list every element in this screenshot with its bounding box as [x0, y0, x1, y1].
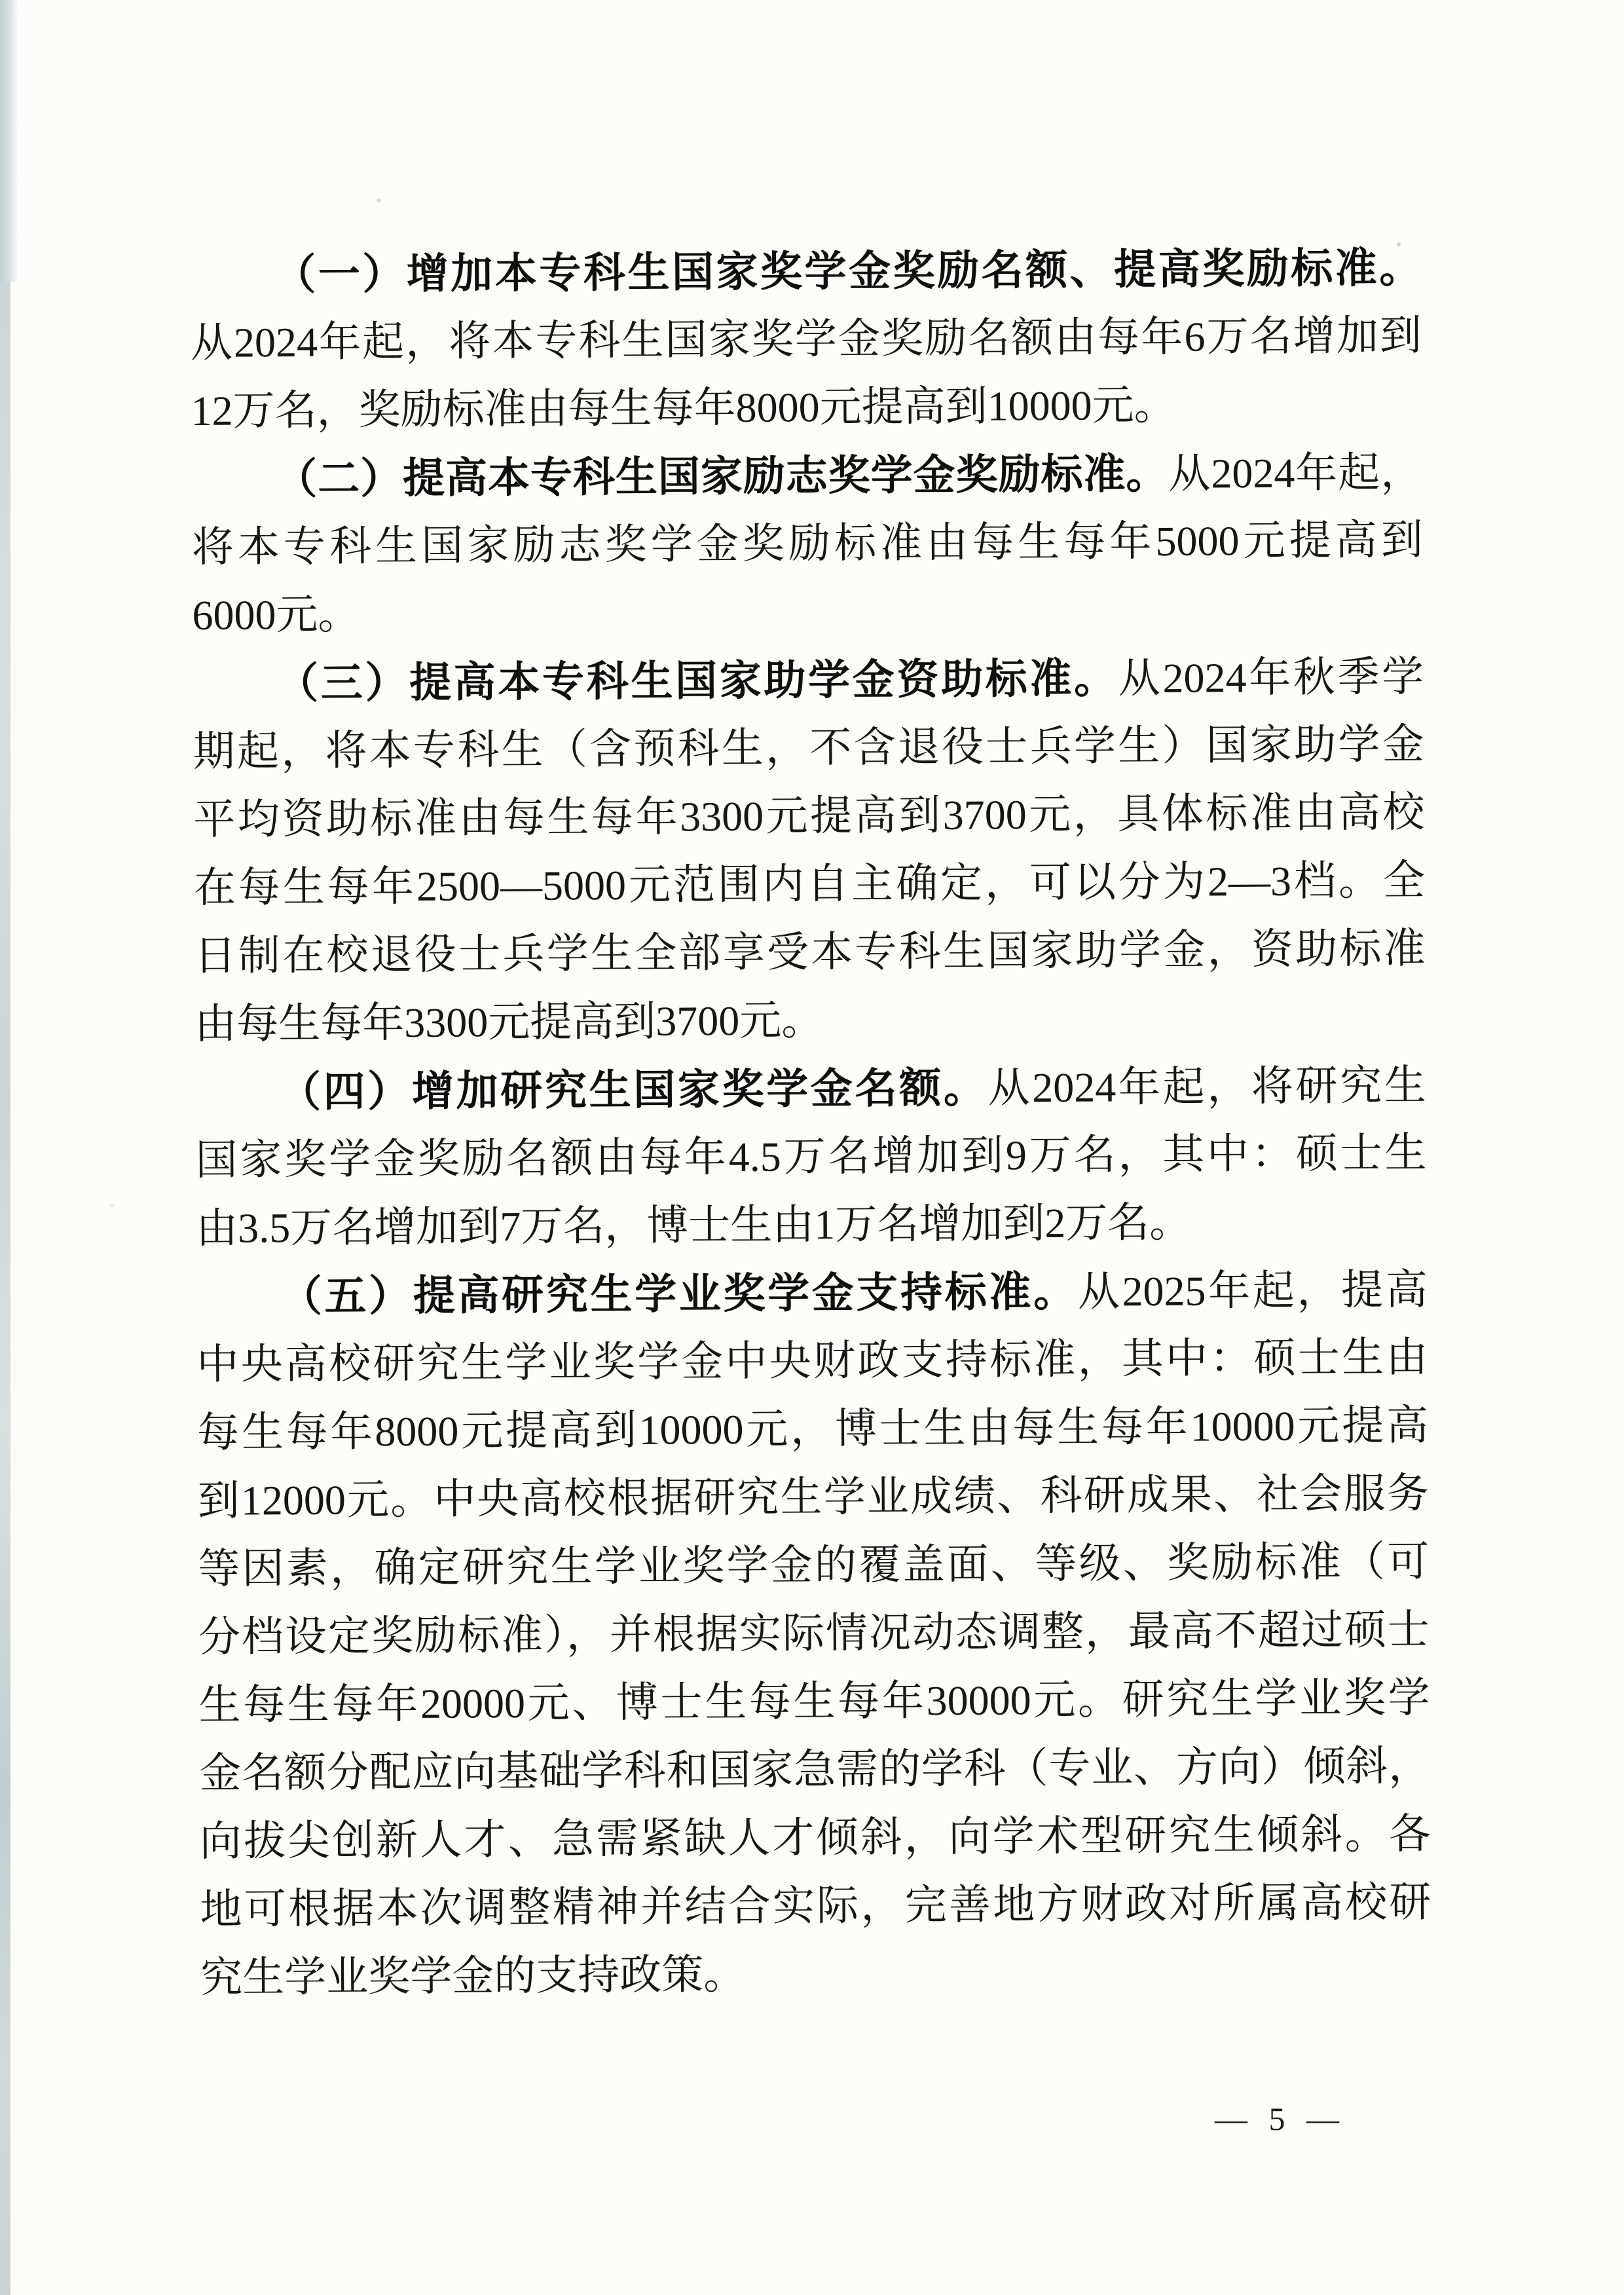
heading-run: （五）提高研究生学业奖学金支持标准。 [280, 1268, 1078, 1320]
body-run: 由每生每年3300元提高到3700元。 [194, 997, 823, 1047]
body-run: 日制在校退役士兵学生全部享受本专科生国家助学金，资助标准 [194, 925, 1425, 979]
paragraph-5: （五）提高研究生学业奖学金支持标准。从2025年起，提高中央高校研究生学业奖学金… [196, 1255, 1432, 2011]
text-line: 究生学业奖学金的支持政策。 [200, 1936, 1432, 2011]
text-line: 在每生每年2500—5000元范围内自主确定，可以分为2—3档。全 [194, 846, 1426, 922]
text-line: 中央高校研究生学业奖学金中央财政支持标准，其中：硕士生由 [196, 1323, 1428, 1398]
text-line: 将本专科生国家励志奖学金奖励标准由每生每年5000元提高到 [192, 506, 1424, 582]
paragraph-3: （三）提高本专科生国家助学金资助标准。从2024年秋季学期起，将本专科生（含预科… [193, 643, 1426, 1058]
text-line: 6000元。 [192, 574, 1424, 650]
text-line: （五）提高研究生学业奖学金支持标准。从2025年起，提高 [196, 1255, 1428, 1330]
body-run: 等因素，确定研究生学业奖学金的覆盖面、等级、奖励标准（可 [198, 1538, 1429, 1592]
scan-speck [377, 198, 381, 202]
text-line: 分档设定奖励标准），并根据实际情况动态调整，最高不超过硕士 [198, 1595, 1430, 1671]
paragraph-1: （一）增加本专科生国家奖学金奖励名额、提高奖励标准。从2024年起，将本专科生国… [190, 234, 1422, 445]
body-run: 平均资助标准由每生每年3300元提高到3700元，具体标准由高校 [193, 789, 1424, 843]
text-line: 地可根据本次调整精神并结合实际，完善地方财政对所属高校研 [200, 1868, 1431, 1943]
text-line: 期起，将本专科生（含预科生，不含退役士兵学生）国家助学金 [193, 711, 1424, 786]
scanned-page: （一）增加本专科生国家奖学金奖励名额、提高奖励标准。从2024年起，将本专科生国… [0, 0, 1624, 2295]
body-run: 12万名，奖励标准由每生每年8000元提高到10000元。 [191, 382, 1175, 434]
scan-speck [110, 1204, 114, 1207]
scan-edge-strip [0, 0, 10, 2295]
body-run: 究生学业奖学金的支持政策。 [200, 1951, 745, 2001]
body-run: 6000元。 [192, 591, 360, 639]
heading-run: （一）增加本专科生国家奖学金奖励名额、提高奖励标准。 [274, 244, 1421, 299]
scan-edge-top-corner [0, 0, 18, 282]
text-line: 向拔尖创新人才、急需紧缺人才倾斜，向学术型研究生倾斜。各 [200, 1800, 1431, 1875]
text-line: （二）提高本专科生国家励志奖学金奖励标准。从2024年起， [191, 438, 1423, 513]
body-run: 期起，将本专科生（含预科生，不含退役士兵学生）国家助学金 [193, 721, 1424, 775]
body-run: 每生每年8000元提高到10000元，博士生由每生每年10000元提高 [197, 1402, 1428, 1455]
text-line: 日制在校退役士兵学生全部享受本专科生国家助学金，资助标准 [194, 914, 1426, 990]
body-run: 生每生每年20000元、博士生每生每年30000元。研究生学业奖学 [198, 1674, 1430, 1728]
scan-speck [1397, 242, 1401, 246]
text-line: 等因素，确定研究生学业奖学金的覆盖面、等级、奖励标准（可 [198, 1527, 1430, 1603]
body-run: 从2024年起，将本专科生国家奖学金奖励名额由每年6万名增加到 [191, 312, 1422, 366]
heading-run: （四）增加研究生国家奖学金名额。 [279, 1064, 988, 1116]
body-run: 由3.5万名增加到7万名，博士生由1万名增加到2万名。 [196, 1199, 1191, 1252]
page-number: — 5 — [1215, 2100, 1346, 2137]
text-line: 国家奖学金奖励名额由每年4.5万名增加到9万名，其中：硕士生 [195, 1119, 1427, 1194]
heading-run: （二）提高本专科生国家励志奖学金奖励标准。 [275, 450, 1169, 502]
body-run: 从2025年起，提高 [1078, 1266, 1428, 1315]
body-run: 中央高校研究生学业奖学金中央财政支持标准，其中：硕士生由 [196, 1334, 1428, 1387]
body-run: 将本专科生国家励志奖学金奖励标准由每生每年5000元提高到 [192, 517, 1423, 570]
text-line: 平均资助标准由每生每年3300元提高到3700元，具体标准由高校 [193, 779, 1425, 854]
heading-run: （三）提高本专科生国家助学金资助标准。 [276, 654, 1118, 707]
body-run: 从2024年起，将研究生 [987, 1062, 1426, 1111]
text-line: 从2024年起，将本专科生国家奖学金奖励名额由每年6万名增加到 [191, 302, 1422, 377]
text-line: 金名额分配应向基础学科和国家急需的学科（专业、方向）倾斜， [199, 1732, 1431, 1807]
text-line: 到12000元。中央高校根据研究生学业成绩、科研成果、社会服务 [197, 1459, 1429, 1535]
body-run: 地可根据本次调整精神并结合实际，完善地方财政对所属高校研 [200, 1878, 1431, 1932]
body-run: 从2024年起， [1168, 449, 1422, 497]
body-run: 到12000元。中央高校根据研究生学业成绩、科研成果、社会服务 [198, 1470, 1429, 1523]
body-run: 国家奖学金奖励名额由每年4.5万名增加到9万名，其中：硕士生 [195, 1129, 1426, 1183]
text-line: （四）增加研究生国家奖学金名额。从2024年起，将研究生 [195, 1051, 1427, 1126]
text-line: 每生每年8000元提高到10000元，博士生由每生每年10000元提高 [197, 1391, 1429, 1466]
body-run: 分档设定奖励标准），并根据实际情况动态调整，最高不超过硕士 [198, 1606, 1430, 1660]
paragraph-4: （四）增加研究生国家奖学金名额。从2024年起，将研究生国家奖学金奖励名额由每年… [195, 1051, 1428, 1262]
body-run: 向拔尖创新人才、急需紧缺人才倾斜，向学术型研究生倾斜。各 [200, 1810, 1431, 1864]
text-line: （三）提高本专科生国家助学金资助标准。从2024年秋季学 [193, 643, 1424, 718]
text-line: 生每生每年20000元、博士生每生每年30000元。研究生学业奖学 [198, 1664, 1430, 1739]
document-body: （一）增加本专科生国家奖学金奖励名额、提高奖励标准。从2024年起，将本专科生国… [190, 234, 1431, 2012]
text-line: 由每生每年3300元提高到3700元。 [194, 982, 1426, 1058]
text-line: 12万名，奖励标准由每生每年8000元提高到10000元。 [191, 370, 1422, 445]
body-run: 金名额分配应向基础学科和国家急需的学科（专业、方向）倾斜， [199, 1742, 1430, 1796]
text-line: 由3.5万名增加到7万名，博士生由1万名增加到2万名。 [196, 1187, 1428, 1262]
body-run: 从2024年秋季学 [1118, 654, 1424, 702]
body-run: 在每生每年2500—5000元范围内自主确定，可以分为2—3档。全 [194, 857, 1425, 910]
page-number-footer: — 5 — [1159, 2096, 1401, 2142]
paragraph-2: （二）提高本专科生国家励志奖学金奖励标准。从2024年起，将本专科生国家励志奖学… [191, 438, 1424, 650]
text-line: （一）增加本专科生国家奖学金奖励名额、提高奖励标准。 [190, 234, 1422, 309]
scan-speck [754, 663, 758, 666]
